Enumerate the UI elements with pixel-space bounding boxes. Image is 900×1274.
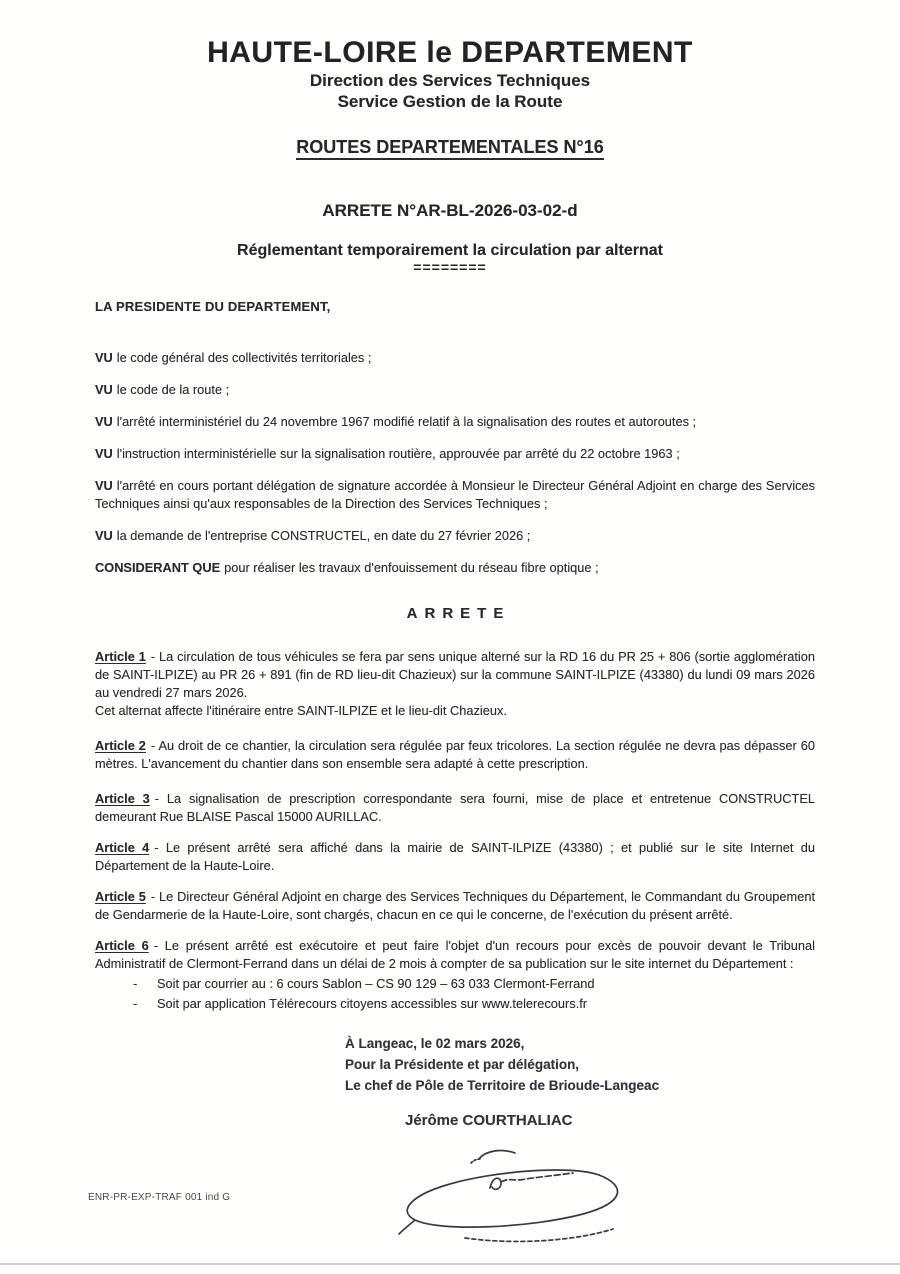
article-6: Article 6- Le présent arrêté est exécuto… [95,937,815,973]
vu-text: l'arrêté interministériel du 24 novembre… [117,414,696,429]
article-2: Article 2- Au droit de ce chantier, la c… [95,737,815,773]
considerant-clause: CONSIDERANT QUEpour réaliser les travaux… [95,559,815,577]
article-2-text: - Au droit de ce chantier, la circulatio… [95,738,815,771]
article-1-text: - La circulation de tous véhicules se fe… [95,649,815,700]
signature-place-date: À Langeac, le 02 mars 2026, [345,1033,815,1054]
article-3-label: Article 3 [95,791,150,806]
vu-clause: VUle code de la route ; [95,381,815,399]
article-6-label: Article 6 [95,938,149,953]
vu-clause: VUla demande de l'entreprise CONSTRUCTEL… [95,527,815,545]
article-1-text2: Cet alternat affecte l'itinéraire entre … [95,703,507,718]
article-5: Article 5- Le Directeur Général Adjoint … [95,888,815,924]
scan-edge-line [0,1263,900,1265]
doc-reference-line: ROUTES DEPARTEMENTALES N°16 [0,136,900,160]
footer-reference: ENR-PR-EXP-TRAF 001 ind G [88,1192,230,1203]
article-5-text: - Le Directeur Général Adjoint en charge… [95,889,815,922]
signature-delegation: Pour la Présidente et par délégation, [345,1054,815,1075]
article-4: Article 4- Le présent arrêté sera affich… [95,839,815,875]
article-1: Article 1- La circulation de tous véhicu… [95,648,815,720]
article-6-text: - Le présent arrêté est exécutoire et pe… [95,938,815,971]
vu-text: le code de la route ; [117,382,229,397]
vu-text: l'arrêté en cours portant délégation de … [95,478,815,511]
org-subtitle-direction: Direction des Services Techniques [0,70,900,91]
vu-clause: VUl'arrêté en cours portant délégation d… [95,477,815,513]
vu-clause: VUl'arrêté interministériel du 24 novemb… [95,413,815,431]
vu-label: VU [95,478,113,493]
article-4-label: Article 4 [95,840,149,855]
vu-text: la demande de l'entreprise CONSTRUCTEL, … [117,528,531,543]
document-body: LA PRESIDENTE DU DEPARTEMENT, VUle code … [0,298,900,1131]
bullet-dash: - [133,975,157,993]
considerant-text: pour réaliser les travaux d'enfouissemen… [224,560,598,575]
signature-block: À Langeac, le 02 mars 2026, Pour la Prés… [345,1033,815,1131]
salutation: LA PRESIDENTE DU DEPARTEMENT, [95,298,815,316]
arrete-number: ARRETE N°AR-BL-2026-03-02-d [0,200,900,221]
recourse-option-mail: - Soit par courrier au : 6 cours Sablon … [95,975,815,993]
vu-clause: VUle code général des collectivités terr… [95,349,815,367]
article-1-label: Article 1 [95,649,146,664]
recourse-option-mail-text: Soit par courrier au : 6 cours Sablon – … [157,975,815,993]
article-3-text: - La signalisation de prescription corre… [95,791,815,824]
bullet-dash: - [133,995,157,1013]
article-3: Article 3- La signalisation de prescript… [95,790,815,826]
document-header: HAUTE-LOIRE le DEPARTEMENT Direction des… [0,0,900,274]
article-2-label: Article 2 [95,738,146,753]
signatory-title: Le chef de Pôle de Territoire de Brioude… [345,1075,815,1096]
article-4-text: - Le présent arrêté sera affiché dans la… [95,840,815,873]
vu-label: VU [95,382,113,397]
vu-text: l'instruction interministérielle sur la … [117,446,680,461]
handwritten-signature [395,1146,635,1248]
org-subtitle-service: Service Gestion de la Route [0,91,900,112]
vu-label: VU [95,446,113,461]
considerant-label: CONSIDERANT QUE [95,560,220,575]
scanned-arrete-document: HAUTE-LOIRE le DEPARTEMENT Direction des… [0,0,900,1274]
arrete-heading: ARRETE [95,605,815,623]
signatory-name: Jérôme COURTHALIAC [405,1110,815,1131]
vu-label: VU [95,350,113,365]
separator-line: ======== [0,261,900,274]
vu-label: VU [95,528,113,543]
document-subject: Réglementant temporairement la circulati… [0,241,900,261]
vu-text: le code général des collectivités territ… [117,350,372,365]
doc-reference: ROUTES DEPARTEMENTALES N°16 [296,137,604,160]
vu-label: VU [95,414,113,429]
article-5-label: Article 5 [95,889,146,904]
recourse-option-telerecours-text: Soit par application Télérecours citoyen… [157,995,815,1013]
recourse-option-telerecours: - Soit par application Télérecours citoy… [95,995,815,1013]
vu-clause: VUl'instruction interministérielle sur l… [95,445,815,463]
org-title: HAUTE-LOIRE le DEPARTEMENT [0,36,900,70]
